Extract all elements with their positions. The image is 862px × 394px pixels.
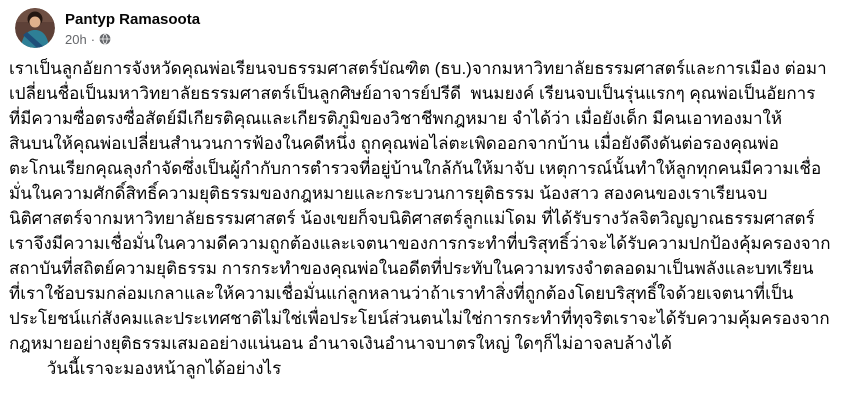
post-meta: 20h · <box>65 32 200 47</box>
post-header: Pantyp Ramasoota 20h · <box>0 0 862 48</box>
post-text-line: นิติศาสตร์จากมหาวิทยาลัยธรรมศาสตร์ น้องเ… <box>9 206 854 231</box>
timestamp[interactable]: 20h <box>65 32 87 47</box>
post-text-line: เราจึงมีความเชื่อมั่นในความดีความถูกต้อง… <box>9 231 854 256</box>
post-text-line: กฎหมายอย่างยุติธรรมเสมออย่างแน่นอน อำนาจ… <box>9 331 854 356</box>
header-text: Pantyp Ramasoota 20h · <box>65 10 200 47</box>
post-text-line: สินบนให้คุณพ่อเปลี่ยนสำนวนการฟ้องในคดีหน… <box>9 131 854 156</box>
post-text-line: วันนี้เราจะมองหน้าลูกได้อย่างไร <box>9 356 854 381</box>
facebook-post: Pantyp Ramasoota 20h · เราเป็นลูกอัยการจ… <box>0 0 862 394</box>
post-text-line: มั่นในความศักดิ์สิทธิ์ความยุติธรรมของกฎห… <box>9 181 854 206</box>
post-text-line: ประโยชน์แก่สังคมและประเทศชาติไม่ใช่เพื่อ… <box>9 306 854 331</box>
post-text-line: ที่เราใช้อบรมกล่อมเกลาและให้ความเชื่อมั่… <box>9 281 854 306</box>
post-text-line: เราเป็นลูกอัยการจังหวัดคุณพ่อเรียนจบธรรม… <box>9 56 854 81</box>
post-text-line: เปลี่ยนชื่อเป็นมหาวิทยาลัยธรรมศาสตร์เป็น… <box>9 81 854 106</box>
profile-photo-icon <box>15 8 55 48</box>
meta-separator: · <box>91 32 95 47</box>
globe-public-icon <box>99 33 111 45</box>
post-text-line: ตะโกนเรียกคุณลุงกำจัดซึ่งเป็นผู้กำกับการ… <box>9 156 854 181</box>
avatar[interactable] <box>15 8 55 48</box>
post-text-line: สถาบันที่สถิตย์ความยุติธรรม การกระทำของค… <box>9 256 854 281</box>
post-text-line: ที่มีความซื่อตรงซื่อสัตย์มีเกียรติคุณและ… <box>9 106 854 131</box>
author-name[interactable]: Pantyp Ramasoota <box>65 10 200 29</box>
post-body: เราเป็นลูกอัยการจังหวัดคุณพ่อเรียนจบธรรม… <box>0 48 862 381</box>
